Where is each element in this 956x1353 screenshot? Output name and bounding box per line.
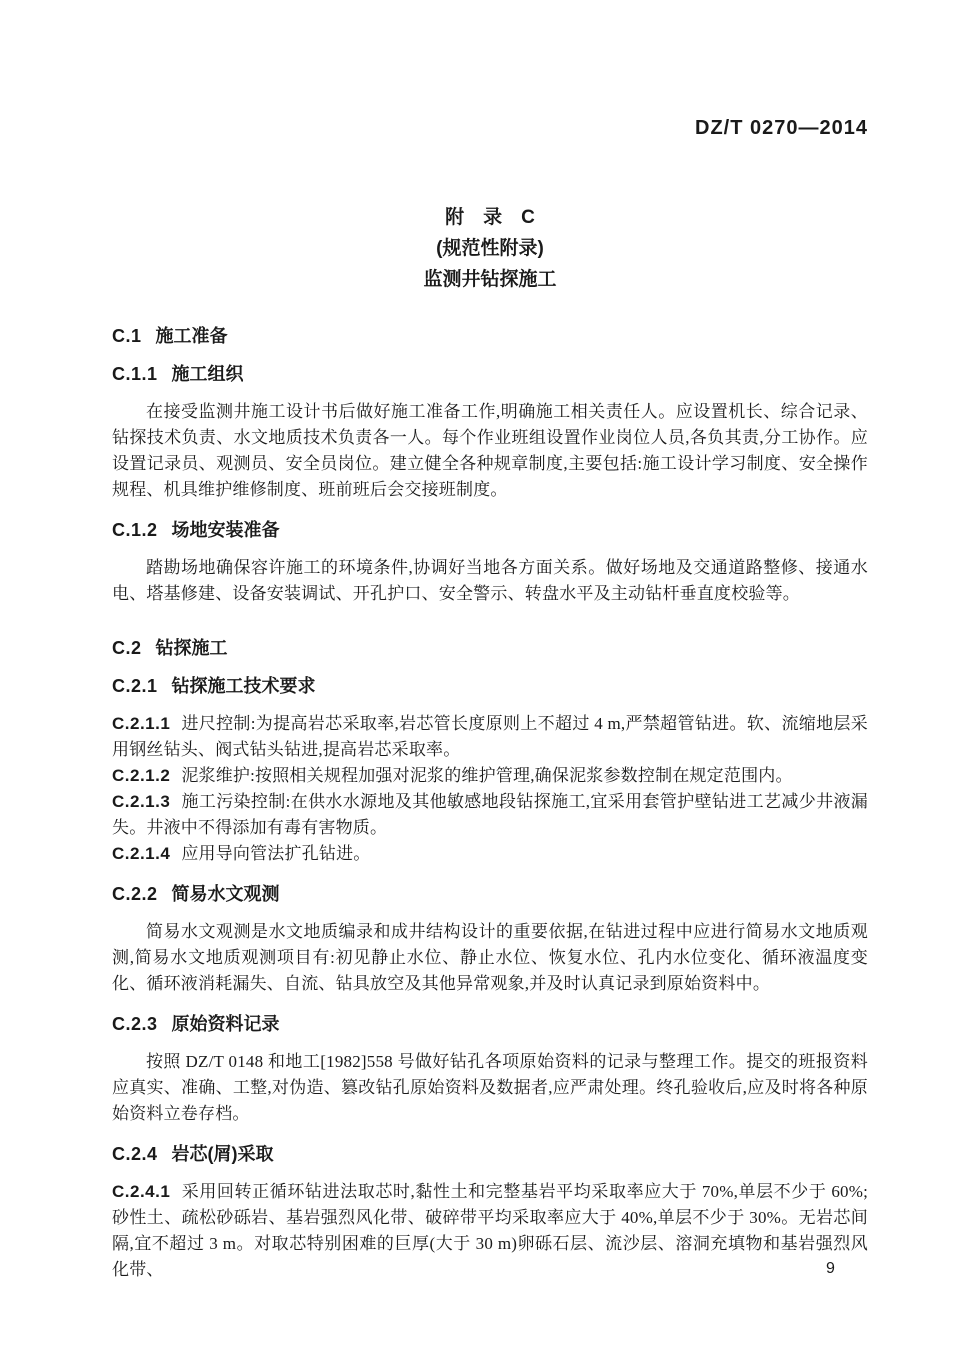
section-title: 钻探施工 xyxy=(156,638,228,658)
section-title: 原始资料记录 xyxy=(172,1014,280,1034)
page-number: 9 xyxy=(826,1260,835,1278)
section-number: C.1 xyxy=(112,326,142,346)
clause-c241: C.2.4.1采用回转正循环钻进法取芯时,黏性土和完整基岩平均采取率应大于 70… xyxy=(112,1179,868,1283)
section-heading-c1: C.1施工准备 xyxy=(112,325,868,347)
section-title: 施工准备 xyxy=(156,326,228,346)
paragraph-c12: 踏勘场地确保容许施工的环境条件,协调好当地各方面关系。做好场地及交通道路整修、接… xyxy=(112,555,868,607)
clause-text: 施工污染控制:在供水水源地及其他敏感地段钻探施工,宜采用套管护壁钻进工艺减少井液… xyxy=(112,792,868,837)
paragraph-c23: 按照 DZ/T 0148 和地工[1982]558 号做好钻孔各项原始资料的记录… xyxy=(112,1049,868,1127)
section-title: 场地安装准备 xyxy=(172,520,280,540)
appendix-title-block: 附 录 C (规范性附录) 监测井钻探施工 xyxy=(112,202,868,295)
section-heading-c2: C.2钻探施工 xyxy=(112,637,868,659)
paragraph-c11: 在接受监测井施工设计书后做好施工准备工作,明确施工相关责任人。应设置机长、综合记… xyxy=(112,399,868,503)
section-number: C.1.2 xyxy=(112,520,158,540)
clause-text: 进尺控制:为提高岩芯采取率,岩芯管长度原则上不超过 4 m,严禁超管钻进。软、流… xyxy=(112,714,868,759)
section-number: C.2.3 xyxy=(112,1014,158,1034)
clause-number: C.2.1.4 xyxy=(112,844,170,863)
clause-number: C.2.4.1 xyxy=(112,1182,170,1201)
clause-text: 采用回转正循环钻进法取芯时,黏性土和完整基岩平均采取率应大于 70%,单层不少于… xyxy=(112,1182,868,1279)
section-heading-c11: C.1.1施工组织 xyxy=(112,363,868,385)
clause-text: 应用导向管法扩孔钻进。 xyxy=(181,844,370,863)
section-heading-c24: C.2.4岩芯(屑)采取 xyxy=(112,1143,868,1165)
section-number: C.2 xyxy=(112,638,142,658)
section-number: C.1.1 xyxy=(112,364,158,384)
appendix-name: 监测井钻探施工 xyxy=(112,264,868,295)
section-title: 施工组织 xyxy=(172,364,244,384)
clause-number: C.2.1.3 xyxy=(112,792,170,811)
section-heading-c21: C.2.1钻探施工技术要求 xyxy=(112,675,868,697)
clause-text: 泥浆维护:按照相关规程加强对泥浆的维护管理,确保泥浆参数控制在规定范围内。 xyxy=(181,766,792,785)
section-heading-c22: C.2.2简易水文观测 xyxy=(112,883,868,905)
paragraph-c22: 简易水文观测是水文地质编录和成井结构设计的重要依据,在钻进过程中应进行简易水文地… xyxy=(112,919,868,997)
clause-number: C.2.1.2 xyxy=(112,766,170,785)
document-page: DZ/T 0270—2014 附 录 C (规范性附录) 监测井钻探施工 C.1… xyxy=(112,116,868,1283)
clause-c212: C.2.1.2泥浆维护:按照相关规程加强对泥浆的维护管理,确保泥浆参数控制在规定… xyxy=(112,763,868,789)
section-title: 简易水文观测 xyxy=(172,884,280,904)
section-title: 岩芯(屑)采取 xyxy=(172,1144,274,1164)
standard-number-header: DZ/T 0270—2014 xyxy=(112,116,868,140)
section-heading-c12: C.1.2场地安装准备 xyxy=(112,519,868,541)
clause-c211: C.2.1.1进尺控制:为提高岩芯采取率,岩芯管长度原则上不超过 4 m,严禁超… xyxy=(112,711,868,763)
clause-number: C.2.1.1 xyxy=(112,714,170,733)
section-title: 钻探施工技术要求 xyxy=(172,676,316,696)
appendix-title: 附 录 C xyxy=(112,202,868,233)
section-number: C.2.4 xyxy=(112,1144,158,1164)
clause-c213: C.2.1.3施工污染控制:在供水水源地及其他敏感地段钻探施工,宜采用套管护壁钻… xyxy=(112,789,868,841)
section-heading-c23: C.2.3原始资料记录 xyxy=(112,1013,868,1035)
section-number: C.2.1 xyxy=(112,676,158,696)
section-number: C.2.2 xyxy=(112,884,158,904)
appendix-subtitle: (规范性附录) xyxy=(112,233,868,264)
clause-c214: C.2.1.4应用导向管法扩孔钻进。 xyxy=(112,841,868,867)
